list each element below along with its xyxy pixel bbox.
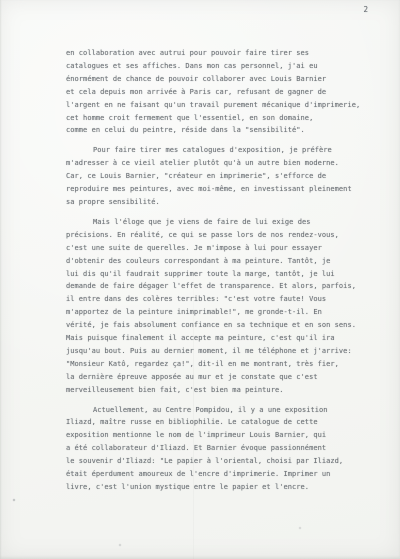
scanned-typescript-page: 2 en collaboration avec autrui pour pouv… xyxy=(0,0,400,559)
paragraph-vieil-atelier: Pour faire tirer mes catalogues d'exposi… xyxy=(66,144,378,209)
paragraph-exposition-iliazd: Actuellement, au Centre Pompidou, il y a… xyxy=(66,404,378,494)
page-number: 2 xyxy=(363,5,368,15)
paragraph-querelles-epreuve: Mais l'éloge que je viens de faire de lu… xyxy=(66,216,378,397)
typescript-body: en collaboration avec autrui pour pouvoi… xyxy=(66,47,378,501)
paragraph-collaboration-barnier: en collaboration avec autrui pour pouvoi… xyxy=(66,47,378,137)
